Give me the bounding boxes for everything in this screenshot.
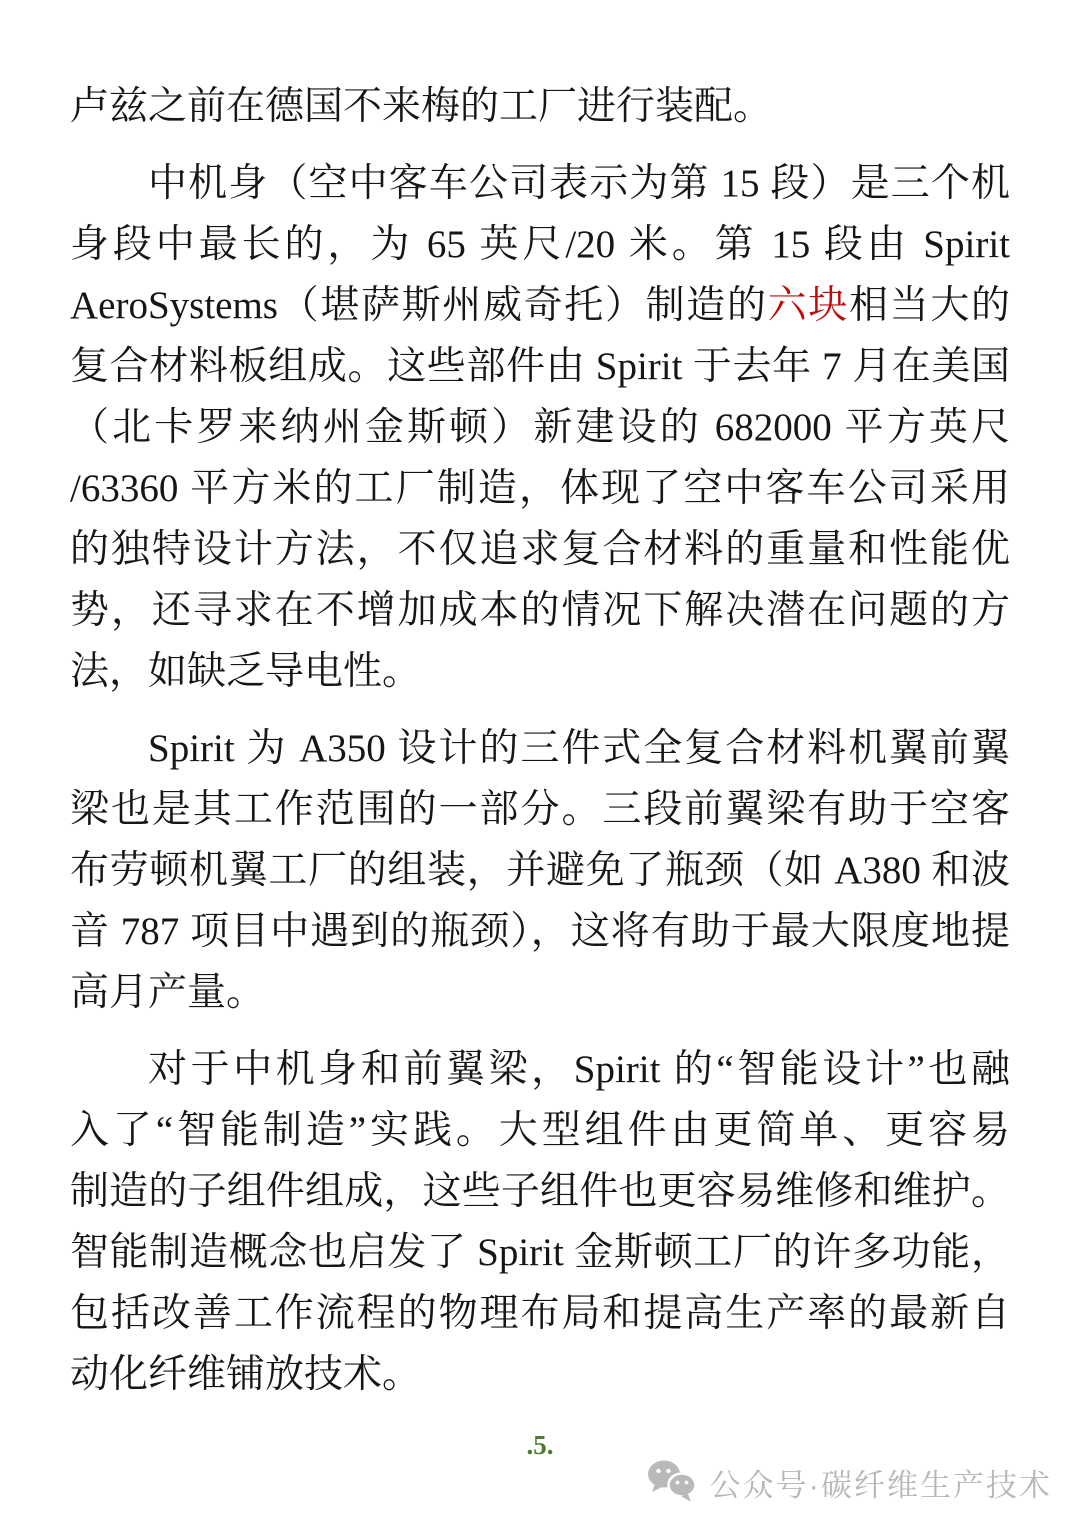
text-line: 包括改善工作流程的物理布局和提高生产率的最新自 — [70, 1283, 1010, 1344]
text-line: 势，还寻求在不增加成本的情况下解决潜在问题的方 — [70, 580, 1010, 641]
text-line: /63360 平方米的工厂制造，体现了空中客车公司采用 — [70, 458, 1010, 519]
text-line: 入了“智能制造”实践。大型组件由更简单、更容易 — [70, 1100, 1010, 1161]
text-line: 的独特设计方法，不仅追求复合材料的重量和性能优 — [70, 519, 1010, 580]
text-line: 智能制造概念也启发了 Spirit 金斯顿工厂的许多功能， — [70, 1222, 1010, 1283]
page-number: .5. — [0, 1430, 1080, 1461]
paragraph: 卢兹之前在德国不来梅的工厂进行装配。 — [70, 76, 1010, 137]
text-line: 复合材料板组成。这些部件由 Spirit 于去年 7 月在美国 — [70, 336, 1010, 397]
watermark-text: 公众号·碳纤维生产技术 — [710, 1460, 1052, 1505]
paragraph: 中机身（空中客车公司表示为第 15 段）是三个机 身段中最长的，为 65 英尺/… — [70, 153, 1010, 702]
highlighted-text: 六块 — [768, 284, 849, 327]
text-line: 梁也是其工作范围的一部分。三段前翼梁有助于空客 — [70, 779, 1010, 840]
text-line: 卢兹之前在德国不来梅的工厂进行装配。 — [70, 76, 1010, 137]
document-body: 卢兹之前在德国不来梅的工厂进行装配。 中机身（空中客车公司表示为第 15 段）是… — [70, 76, 1010, 1405]
text-line: 布劳顿机翼工厂的组装，并避免了瓶颈（如 A380 和波 — [70, 840, 1010, 901]
text-line: 对于中机身和前翼梁，Spirit 的“智能设计”也融 — [70, 1039, 1010, 1100]
text-line: 制造的子组件组成，这些子组件也更容易维修和维护。 — [70, 1161, 1010, 1222]
text-segment: AeroSystems（堪萨斯州威奇托）制造的 — [70, 284, 768, 327]
wechat-watermark: 公众号·碳纤维生产技术 — [645, 1458, 1052, 1506]
text-line: AeroSystems（堪萨斯州威奇托）制造的六块相当大的 — [70, 275, 1010, 336]
text-line: （北卡罗来纳州金斯顿）新建设的 682000 平方英尺 — [70, 397, 1010, 458]
text-line: 身段中最长的，为 65 英尺/20 米。第 15 段由 Spirit — [70, 214, 1010, 275]
wechat-icon — [645, 1458, 697, 1506]
text-line: 中机身（空中客车公司表示为第 15 段）是三个机 — [70, 153, 1010, 214]
text-line: 高月产量。 — [70, 962, 1010, 1023]
text-segment: 相当大的 — [849, 284, 1010, 327]
paragraph: Spirit 为 A350 设计的三件式全复合材料机翼前翼 梁也是其工作范围的一… — [70, 718, 1010, 1023]
paragraph: 对于中机身和前翼梁，Spirit 的“智能设计”也融 入了“智能制造”实践。大型… — [70, 1039, 1010, 1405]
text-line: 法，如缺乏导电性。 — [70, 641, 1010, 702]
text-line: 音 787 项目中遇到的瓶颈），这将有助于最大限度地提 — [70, 901, 1010, 962]
text-line: 动化纤维铺放技术。 — [70, 1344, 1010, 1405]
text-line: Spirit 为 A350 设计的三件式全复合材料机翼前翼 — [70, 718, 1010, 779]
